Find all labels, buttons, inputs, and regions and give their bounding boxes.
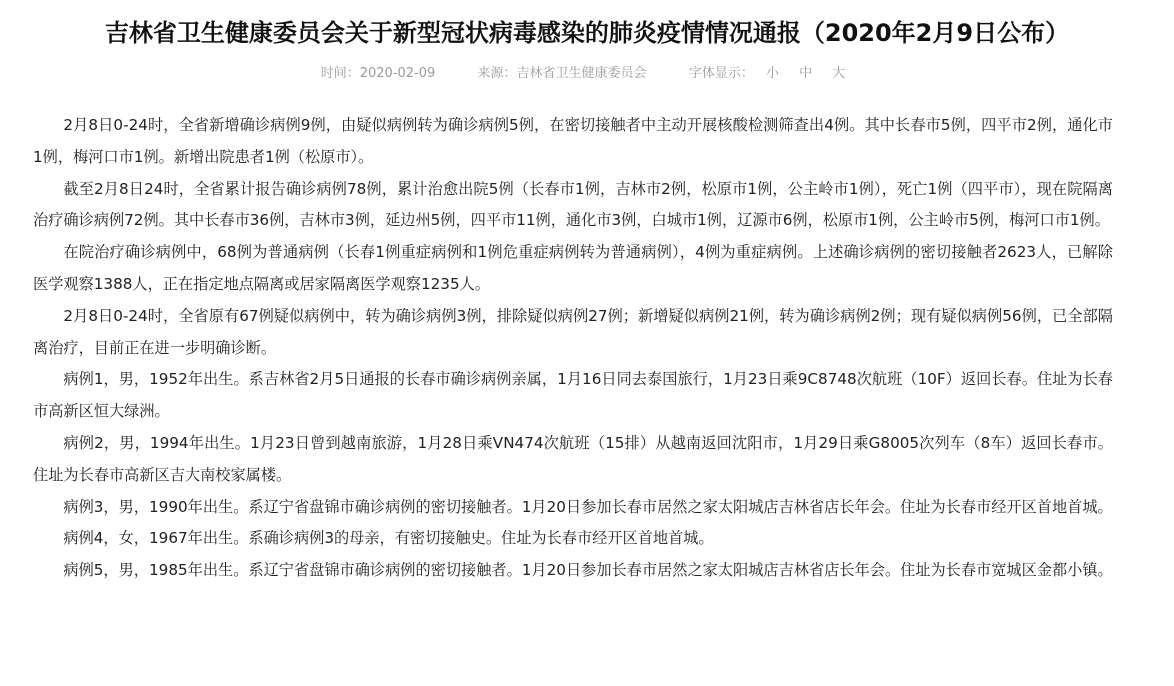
paragraph-case-1: 病例1，男，1952年出生。系吉林省2月5日通报的长春市确诊病例亲属，1月16日… (33, 364, 1113, 428)
paragraph-case-2: 病例2，男，1994年出生。1月23日曾到越南旅游，1月28日乘VN474次航班… (33, 428, 1113, 492)
paragraph-new-cases: 2月8日0-24时，全省新增确诊病例9例，由疑似病例转为确诊病例5例，在密切接触… (33, 110, 1113, 174)
paragraph-cumulative: 截至2月8日24时，全省累计报告确诊病例78例，累计治愈出院5例（长春市1例，吉… (33, 174, 1113, 238)
source: 来源：吉林省卫生健康委员会 (478, 64, 647, 84)
article-meta: 时间：2020-02-09 来源：吉林省卫生健康委员会 字体显示： 小 中 大 (0, 64, 1174, 84)
article: 吉林省卫生健康委员会关于新型冠状病毒感染的肺炎疫情情况通报（2020年2月9日公… (0, 0, 1174, 84)
paragraph-case-4: 病例4，女，1967年出生。系确诊病例3的母亲，有密切接触史。住址为长春市经开区… (33, 523, 1113, 555)
font-size-large-button[interactable]: 大 (832, 64, 845, 84)
font-size-label: 字体显示： (689, 64, 754, 84)
paragraph-case-5: 病例5，男，1985年出生。系辽宁省盘锦市确诊病例的密切接触者。1月20日参加长… (33, 555, 1113, 587)
paragraph-treatment: 在院治疗确诊病例中，68例为普通病例（长春1例重症病例和1例危重症病例转为普通病… (33, 237, 1113, 301)
paragraph-case-3: 病例3，男，1990年出生。系辽宁省盘锦市确诊病例的密切接触者。1月20日参加长… (33, 492, 1113, 524)
publish-time: 时间：2020-02-09 (321, 64, 436, 84)
font-size-small-button[interactable]: 小 (766, 64, 779, 84)
article-title: 吉林省卫生健康委员会关于新型冠状病毒感染的肺炎疫情情况通报（2020年2月9日公… (0, 0, 1174, 50)
paragraph-suspected: 2月8日0-24时，全省原有67例疑似病例中，转为确诊病例3例，排除疑似病例27… (33, 301, 1113, 365)
font-size-medium-button[interactable]: 中 (799, 64, 812, 84)
article-body: 2月8日0-24时，全省新增确诊病例9例，由疑似病例转为确诊病例5例，在密切接触… (33, 110, 1113, 587)
